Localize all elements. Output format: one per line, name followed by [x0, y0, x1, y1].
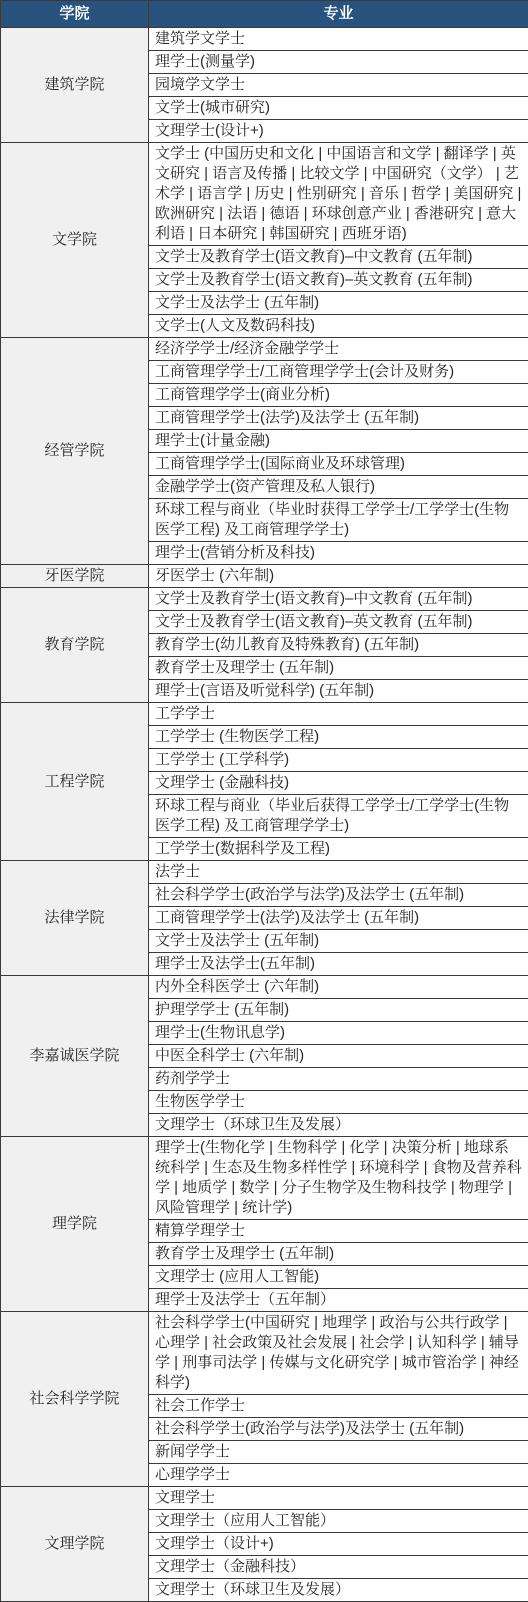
college-column-header: 学院: [1, 1, 149, 28]
major-cell: 社会科学学士(政治学与法学)及法学士 (五年制): [149, 1418, 528, 1441]
major-cell: 文学士及法学士 (五年制): [149, 292, 528, 315]
major-cell: 教育学士及理学士 (五年制): [149, 657, 528, 680]
major-cell: 文学士(人文及数码科技): [149, 315, 528, 338]
college-cell: 李嘉诚医学院: [1, 976, 149, 1137]
header-row: 学院 专业: [1, 1, 528, 28]
major-cell: 文理学士(设计+): [149, 120, 528, 143]
major-cell: 工商管理学学士(法学)及法学士 (五年制): [149, 407, 528, 430]
table-row: 建筑学院建筑学文学士: [1, 28, 528, 51]
major-cell: 文学士 (中国历史和文化 | 中国语言和文学 | 翻译学 | 英文研究 | 语言…: [149, 143, 528, 246]
table-row: 理学院理学士(生物化学 | 生物科学 | 化学 | 决策分析 | 地球系统科学 …: [1, 1137, 528, 1220]
college-cell: 教育学院: [1, 588, 149, 703]
table-row: 工程学院工学学士: [1, 703, 528, 726]
table-body: 建筑学院建筑学文学士理学士(测量学)园境学文学士文学士(城市研究)文理学士(设计…: [1, 28, 528, 1602]
major-cell: 生物医学学士: [149, 1091, 528, 1114]
college-cell: 牙医学院: [1, 565, 149, 588]
major-cell: 金融学学士(资产管理及私人银行): [149, 476, 528, 499]
major-cell: 内外全科医学士 (六年制): [149, 976, 528, 999]
college-cell: 文理学院: [1, 1487, 149, 1602]
table-row: 文学院文学士 (中国历史和文化 | 中国语言和文学 | 翻译学 | 英文研究 |…: [1, 143, 528, 246]
major-cell: 文理学士 (应用人工智能): [149, 1266, 528, 1289]
major-cell: 工商管理学学士(国际商业及环球管理): [149, 453, 528, 476]
major-cell: 文理学士（应用人工智能）: [149, 1510, 528, 1533]
page: 学院 专业 建筑学院建筑学文学士理学士(测量学)园境学文学士文学士(城市研究)文…: [0, 0, 528, 1602]
college-cell: 文学院: [1, 143, 149, 338]
table-row: 经管学院经济学学士/经济金融学学士: [1, 338, 528, 361]
major-cell: 社会工作学士: [149, 1395, 528, 1418]
table-row: 牙医学院牙医学士 (六年制): [1, 565, 528, 588]
college-cell: 社会科学学院: [1, 1312, 149, 1487]
major-cell: 药剂学学士: [149, 1068, 528, 1091]
major-cell: 经济学学士/经济金融学学士: [149, 338, 528, 361]
major-cell: 理学士及法学士(五年制): [149, 953, 528, 976]
college-cell: 建筑学院: [1, 28, 149, 143]
major-cell: 园境学文学士: [149, 74, 528, 97]
major-cell: 中医全科学士 (六年制): [149, 1045, 528, 1068]
major-cell: 文学士及法学士 (五年制): [149, 930, 528, 953]
major-cell: 理学士及法学士（五年制）: [149, 1289, 528, 1312]
college-cell: 经管学院: [1, 338, 149, 565]
major-cell: 新闻学学士: [149, 1441, 528, 1464]
table-row: 李嘉诚医学院内外全科医学士 (六年制): [1, 976, 528, 999]
major-cell: 理学士(生物讯息学): [149, 1022, 528, 1045]
major-cell: 理学士(言语及听觉科学) (五年制): [149, 680, 528, 703]
table-row: 法律学院法学士: [1, 861, 528, 884]
major-cell: 工学学士(数据科学及工程): [149, 838, 528, 861]
major-cell: 文理学士（环球卫生及发展）: [149, 1114, 528, 1137]
major-cell: 文学士及教育学士(语文教育)–中文教育 (五年制): [149, 588, 528, 611]
major-cell: 教育学士(幼儿教育及特殊教育) (五年制): [149, 634, 528, 657]
major-cell: 文学士及教育学士(语文教育)–英文教育 (五年制): [149, 611, 528, 634]
major-cell: 文学士(城市研究): [149, 97, 528, 120]
major-cell: 工学学士 (生物医学工程): [149, 726, 528, 749]
major-cell: 精算学理学士: [149, 1220, 528, 1243]
college-cell: 法律学院: [1, 861, 149, 976]
major-cell: 心理学学士: [149, 1464, 528, 1487]
major-cell: 工商管理学学士(法学)及法学士 (五年制): [149, 907, 528, 930]
major-cell: 文理学士（环球卫生及发展）: [149, 1579, 528, 1602]
major-cell: 文理学士（金融科技）: [149, 1556, 528, 1579]
major-cell: 工学学士 (工学科学): [149, 749, 528, 772]
major-cell: 文理学士: [149, 1487, 528, 1510]
major-cell: 社会科学学士(政治学与法学)及法学士 (五年制): [149, 884, 528, 907]
major-cell: 工商管理学学士(商业分析): [149, 384, 528, 407]
major-cell: 文理学士（设计+): [149, 1533, 528, 1556]
major-cell: 文学士及教育学士(语文教育)–英文教育 (五年制): [149, 269, 528, 292]
major-cell: 护理学学士 (五年制): [149, 999, 528, 1022]
major-cell: 文学士及教育学士(语文教育)–中文教育 (五年制): [149, 246, 528, 269]
table-row: 文理学院文理学士: [1, 1487, 528, 1510]
major-cell: 社会科学学士(中国研究 | 地理学 | 政治与公共行政学 | 心理学 | 社会政…: [149, 1312, 528, 1395]
major-cell: 理学士(生物化学 | 生物科学 | 化学 | 决策分析 | 地球系统科学 | 生…: [149, 1137, 528, 1220]
major-cell: 理学士(计量金融): [149, 430, 528, 453]
major-cell: 环球工程与商业（毕业时获得工学学士/工学学士(生物医学工程) 及工商管理学学士): [149, 499, 528, 542]
major-cell: 文理学士 (金融科技): [149, 772, 528, 795]
major-cell: 工商管理学学士/工商管理学学士(会计及财务): [149, 361, 528, 384]
major-cell: 建筑学文学士: [149, 28, 528, 51]
college-cell: 理学院: [1, 1137, 149, 1312]
major-cell: 牙医学士 (六年制): [149, 565, 528, 588]
major-cell: 理学士(测量学): [149, 51, 528, 74]
table-row: 教育学院文学士及教育学士(语文教育)–中文教育 (五年制): [1, 588, 528, 611]
major-cell: 环球工程与商业（毕业后获得工学学士/工学学士(生物医学工程) 及工商管理学学士): [149, 795, 528, 838]
table-row: 社会科学学院社会科学学士(中国研究 | 地理学 | 政治与公共行政学 | 心理学…: [1, 1312, 528, 1395]
college-major-table: 学院 专业 建筑学院建筑学文学士理学士(测量学)园境学文学士文学士(城市研究)文…: [0, 0, 528, 1602]
major-cell: 教育学士及理学士 (五年制): [149, 1243, 528, 1266]
major-cell: 理学士(营销分析及科技): [149, 542, 528, 565]
major-column-header: 专业: [149, 1, 528, 28]
major-cell: 法学士: [149, 861, 528, 884]
college-cell: 工程学院: [1, 703, 149, 861]
major-cell: 工学学士: [149, 703, 528, 726]
